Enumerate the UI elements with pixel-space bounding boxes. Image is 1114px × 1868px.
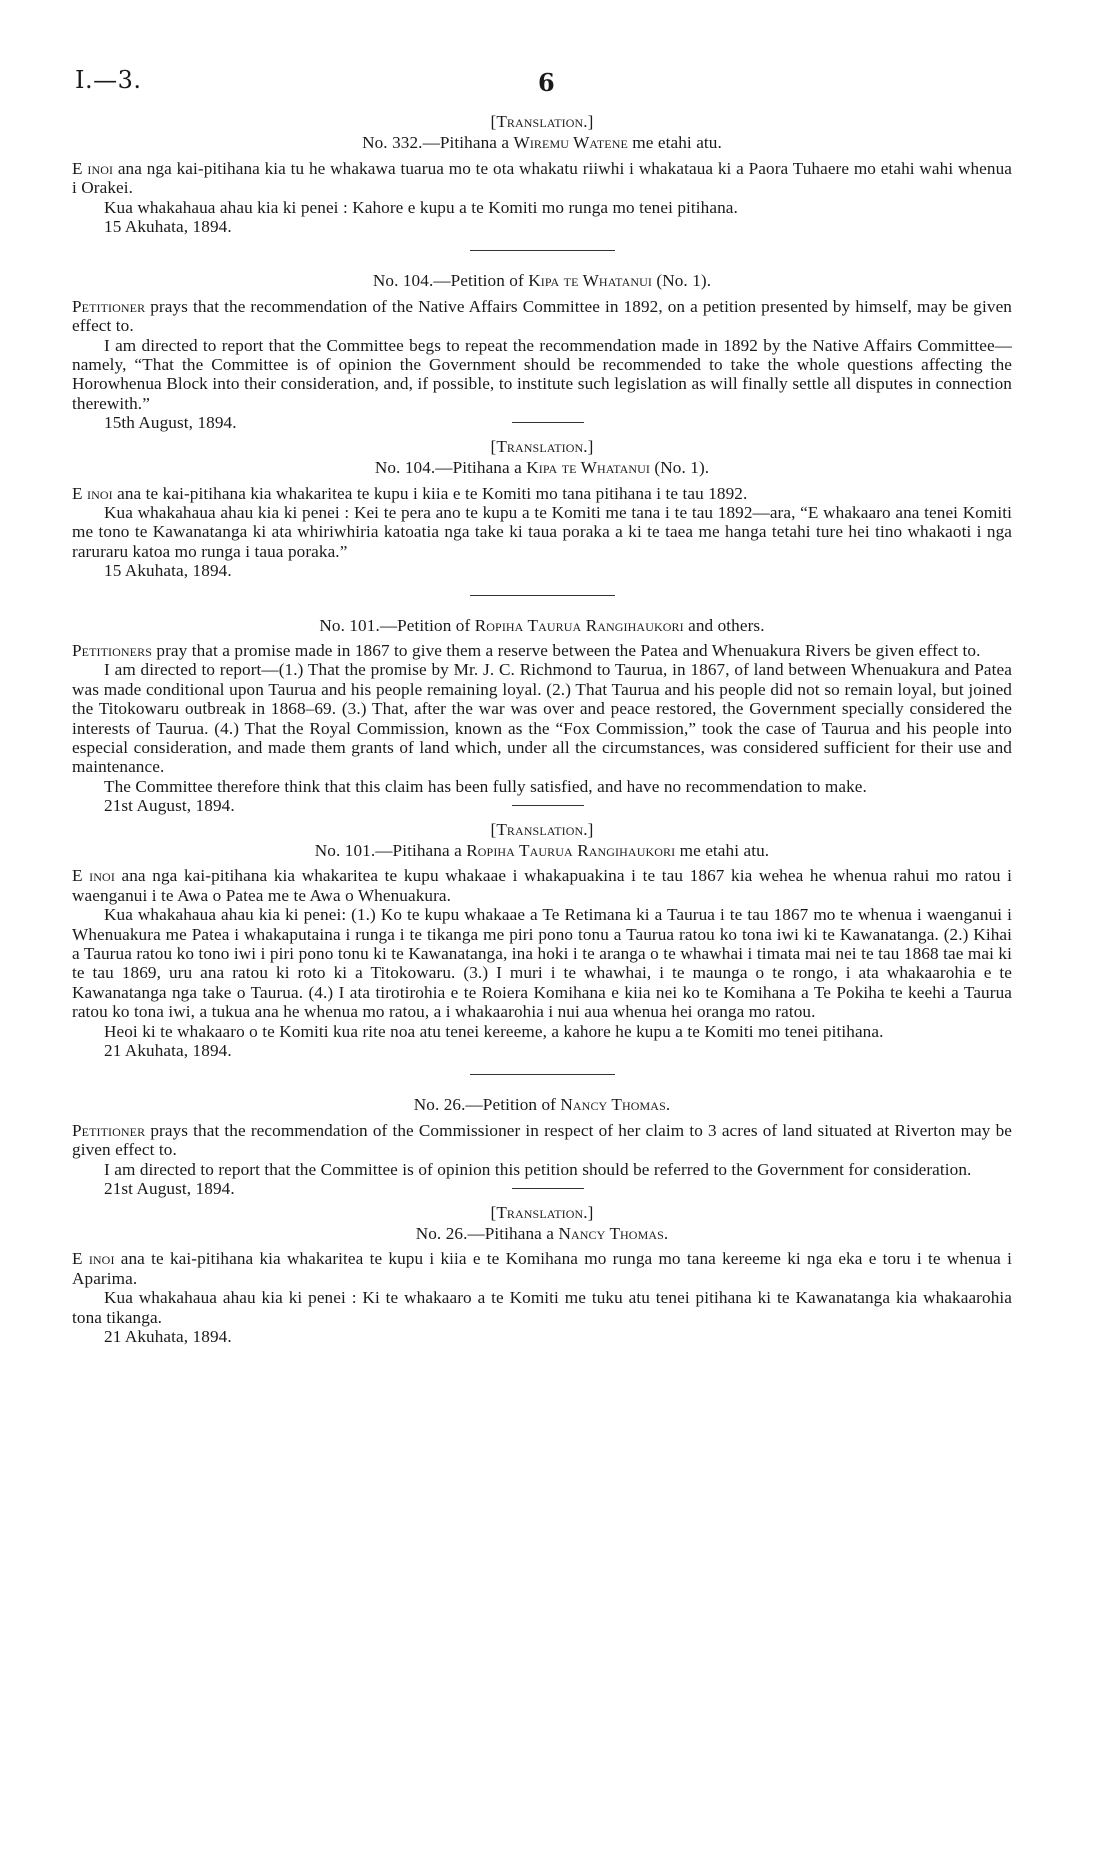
prayer-text: ana te kai-pitihana kia whakaritea te ku… — [72, 1249, 1012, 1287]
petition-26-translation: [Translation.] No. 26.—Pitihana a Nancy … — [72, 1203, 1012, 1347]
prayer-text: ana nga kai-pitihana kia tu he whakawa t… — [72, 159, 1012, 197]
lead-word: E inoi — [72, 484, 113, 503]
conclusion-paragraph: The Committee therefore think that this … — [72, 777, 1012, 796]
heading-suffix: (No. 1). — [650, 458, 709, 477]
petitioner-name: Wiremu Watene — [514, 133, 628, 152]
prayer-paragraph: E inoi ana te kai-pitihana kia whakarite… — [72, 484, 1012, 503]
heading-prefix: No. 104.—Petition of — [373, 271, 528, 290]
petition-332-translation: [Translation.] No. 332.—Pitihana a Wirem… — [72, 112, 1012, 251]
report-paragraph: Kua whakahaua ahau kia ki penei : Kahore… — [72, 198, 1012, 217]
heading-prefix: No. 26.—Pitihana a — [416, 1224, 559, 1243]
prayer-text: ana te kai-pitihana kia whakaritea te ku… — [113, 484, 748, 503]
heading-prefix: No. 26.—Petition of — [414, 1095, 561, 1114]
petition-104-translation: [Translation.] No. 104.—Pitihana a Kipa … — [72, 437, 1012, 596]
petitioner-name: Nancy Thomas — [560, 1095, 665, 1114]
translation-label: [Translation.] — [72, 820, 1012, 839]
translation-label: [Translation.] — [72, 1203, 1012, 1222]
document-body: [Translation.] No. 332.—Pitihana a Wirem… — [72, 108, 1012, 1346]
heading-prefix: No. 101.—Pitihana a — [315, 841, 466, 860]
petition-104: No. 104.—Petition of Kipa te Whatanui (N… — [72, 271, 1012, 432]
prayer-paragraph: Petitioner prays that the recommendation… — [72, 297, 1012, 336]
report-date: 15th August, 1894. — [72, 413, 1012, 432]
report-paragraph: Kua whakahaua ahau kia ki penei: (1.) Ko… — [72, 905, 1012, 1021]
heading-suffix: (No. 1). — [652, 271, 711, 290]
prayer-paragraph: E inoi ana nga kai-pitihana kia whakarit… — [72, 866, 1012, 905]
report-date: 21st August, 1894. — [72, 796, 1012, 815]
petition-heading: No. 26.—Pitihana a Nancy Thomas. — [72, 1224, 1012, 1243]
petition-26: No. 26.—Petition of Nancy Thomas. Petiti… — [72, 1095, 1012, 1198]
petition-heading: No. 332.—Pitihana a Wiremu Watene me eta… — [72, 133, 1012, 152]
petitioner-name: Nancy Thomas — [558, 1224, 663, 1243]
petition-heading: No. 104.—Pitihana a Kipa te Whatanui (No… — [72, 458, 1012, 477]
lead-word: Petitioner — [72, 1121, 145, 1140]
section-divider — [470, 595, 615, 596]
petition-heading: No. 26.—Petition of Nancy Thomas. — [72, 1095, 1012, 1114]
report-paragraph: I am directed to report that the Committ… — [72, 336, 1012, 414]
lead-word: Petitioners — [72, 641, 152, 660]
lead-word: E inoi — [72, 866, 115, 885]
lead-word: E inoi — [72, 1249, 115, 1268]
section-divider — [512, 805, 584, 806]
report-paragraph: I am directed to report—(1.) That the pr… — [72, 660, 1012, 776]
prayer-paragraph: Petitioner prays that the recommendation… — [72, 1121, 1012, 1160]
report-date: 21 Akuhata, 1894. — [72, 1041, 1012, 1060]
report-paragraph: I am directed to report that the Committ… — [72, 1160, 1012, 1179]
prayer-text: prays that the recommendation of the Nat… — [72, 297, 1012, 335]
section-divider — [512, 1188, 584, 1189]
heading-prefix: No. 104.—Pitihana a — [375, 458, 526, 477]
prayer-text: pray that a promise made in 1867 to give… — [152, 641, 981, 660]
prayer-paragraph: E inoi ana nga kai-pitihana kia tu he wh… — [72, 159, 1012, 198]
petitioner-name: Ropiha Taurua Rangihaukori — [475, 616, 684, 635]
prayer-text: ana nga kai-pitihana kia whakaritea te k… — [72, 866, 1012, 904]
prayer-paragraph: E inoi ana te kai-pitihana kia whakarite… — [72, 1249, 1012, 1288]
lead-word: Petitioner — [72, 297, 145, 316]
petitioner-name: Kipa te Whatanui — [526, 458, 650, 477]
petition-heading: No. 104.—Petition of Kipa te Whatanui (N… — [72, 271, 1012, 290]
heading-suffix: . — [664, 1224, 668, 1243]
petition-101: No. 101.—Petition of Ropiha Taurua Rangi… — [72, 616, 1012, 816]
report-date: 21 Akuhata, 1894. — [72, 1327, 1012, 1346]
conclusion-paragraph: Heoi ki te whakaaro o te Komiti kua rite… — [72, 1022, 1012, 1041]
heading-suffix: me etahi atu. — [675, 841, 769, 860]
section-divider — [470, 1074, 615, 1075]
prayer-text: prays that the recommendation of the Com… — [72, 1121, 1012, 1159]
heading-prefix: No. 332.—Pitihana a — [362, 133, 513, 152]
report-date: 15 Akuhata, 1894. — [72, 561, 1012, 580]
translation-label: [Translation.] — [72, 112, 1012, 131]
heading-suffix: me etahi atu. — [628, 133, 722, 152]
petitioner-name: Kipa te Whatanui — [528, 271, 652, 290]
heading-suffix: . — [666, 1095, 670, 1114]
report-paragraph: Kua whakahaua ahau kia ki penei : Ki te … — [72, 1288, 1012, 1327]
report-date: 15 Akuhata, 1894. — [72, 217, 1012, 236]
petitioner-name: Ropiha Taurua Rangihaukori — [466, 841, 675, 860]
section-divider — [470, 250, 615, 251]
heading-suffix: and others. — [684, 616, 765, 635]
page-number: 6 — [538, 68, 555, 97]
report-paragraph: Kua whakahaua ahau kia ki penei : Kei te… — [72, 503, 1012, 561]
section-divider — [512, 422, 584, 423]
petition-heading: No. 101.—Pitihana a Ropiha Taurua Rangih… — [72, 841, 1012, 860]
petition-heading: No. 101.—Petition of Ropiha Taurua Rangi… — [72, 616, 1012, 635]
page-reference: I.—3. — [75, 66, 142, 94]
prayer-paragraph: Petitioners pray that a promise made in … — [72, 641, 1012, 660]
lead-word: E inoi — [72, 159, 113, 178]
translation-label: [Translation.] — [72, 437, 1012, 456]
report-date: 21st August, 1894. — [72, 1179, 1012, 1198]
petition-101-translation: [Translation.] No. 101.—Pitihana a Ropih… — [72, 820, 1012, 1076]
heading-prefix: No. 101.—Petition of — [319, 616, 474, 635]
